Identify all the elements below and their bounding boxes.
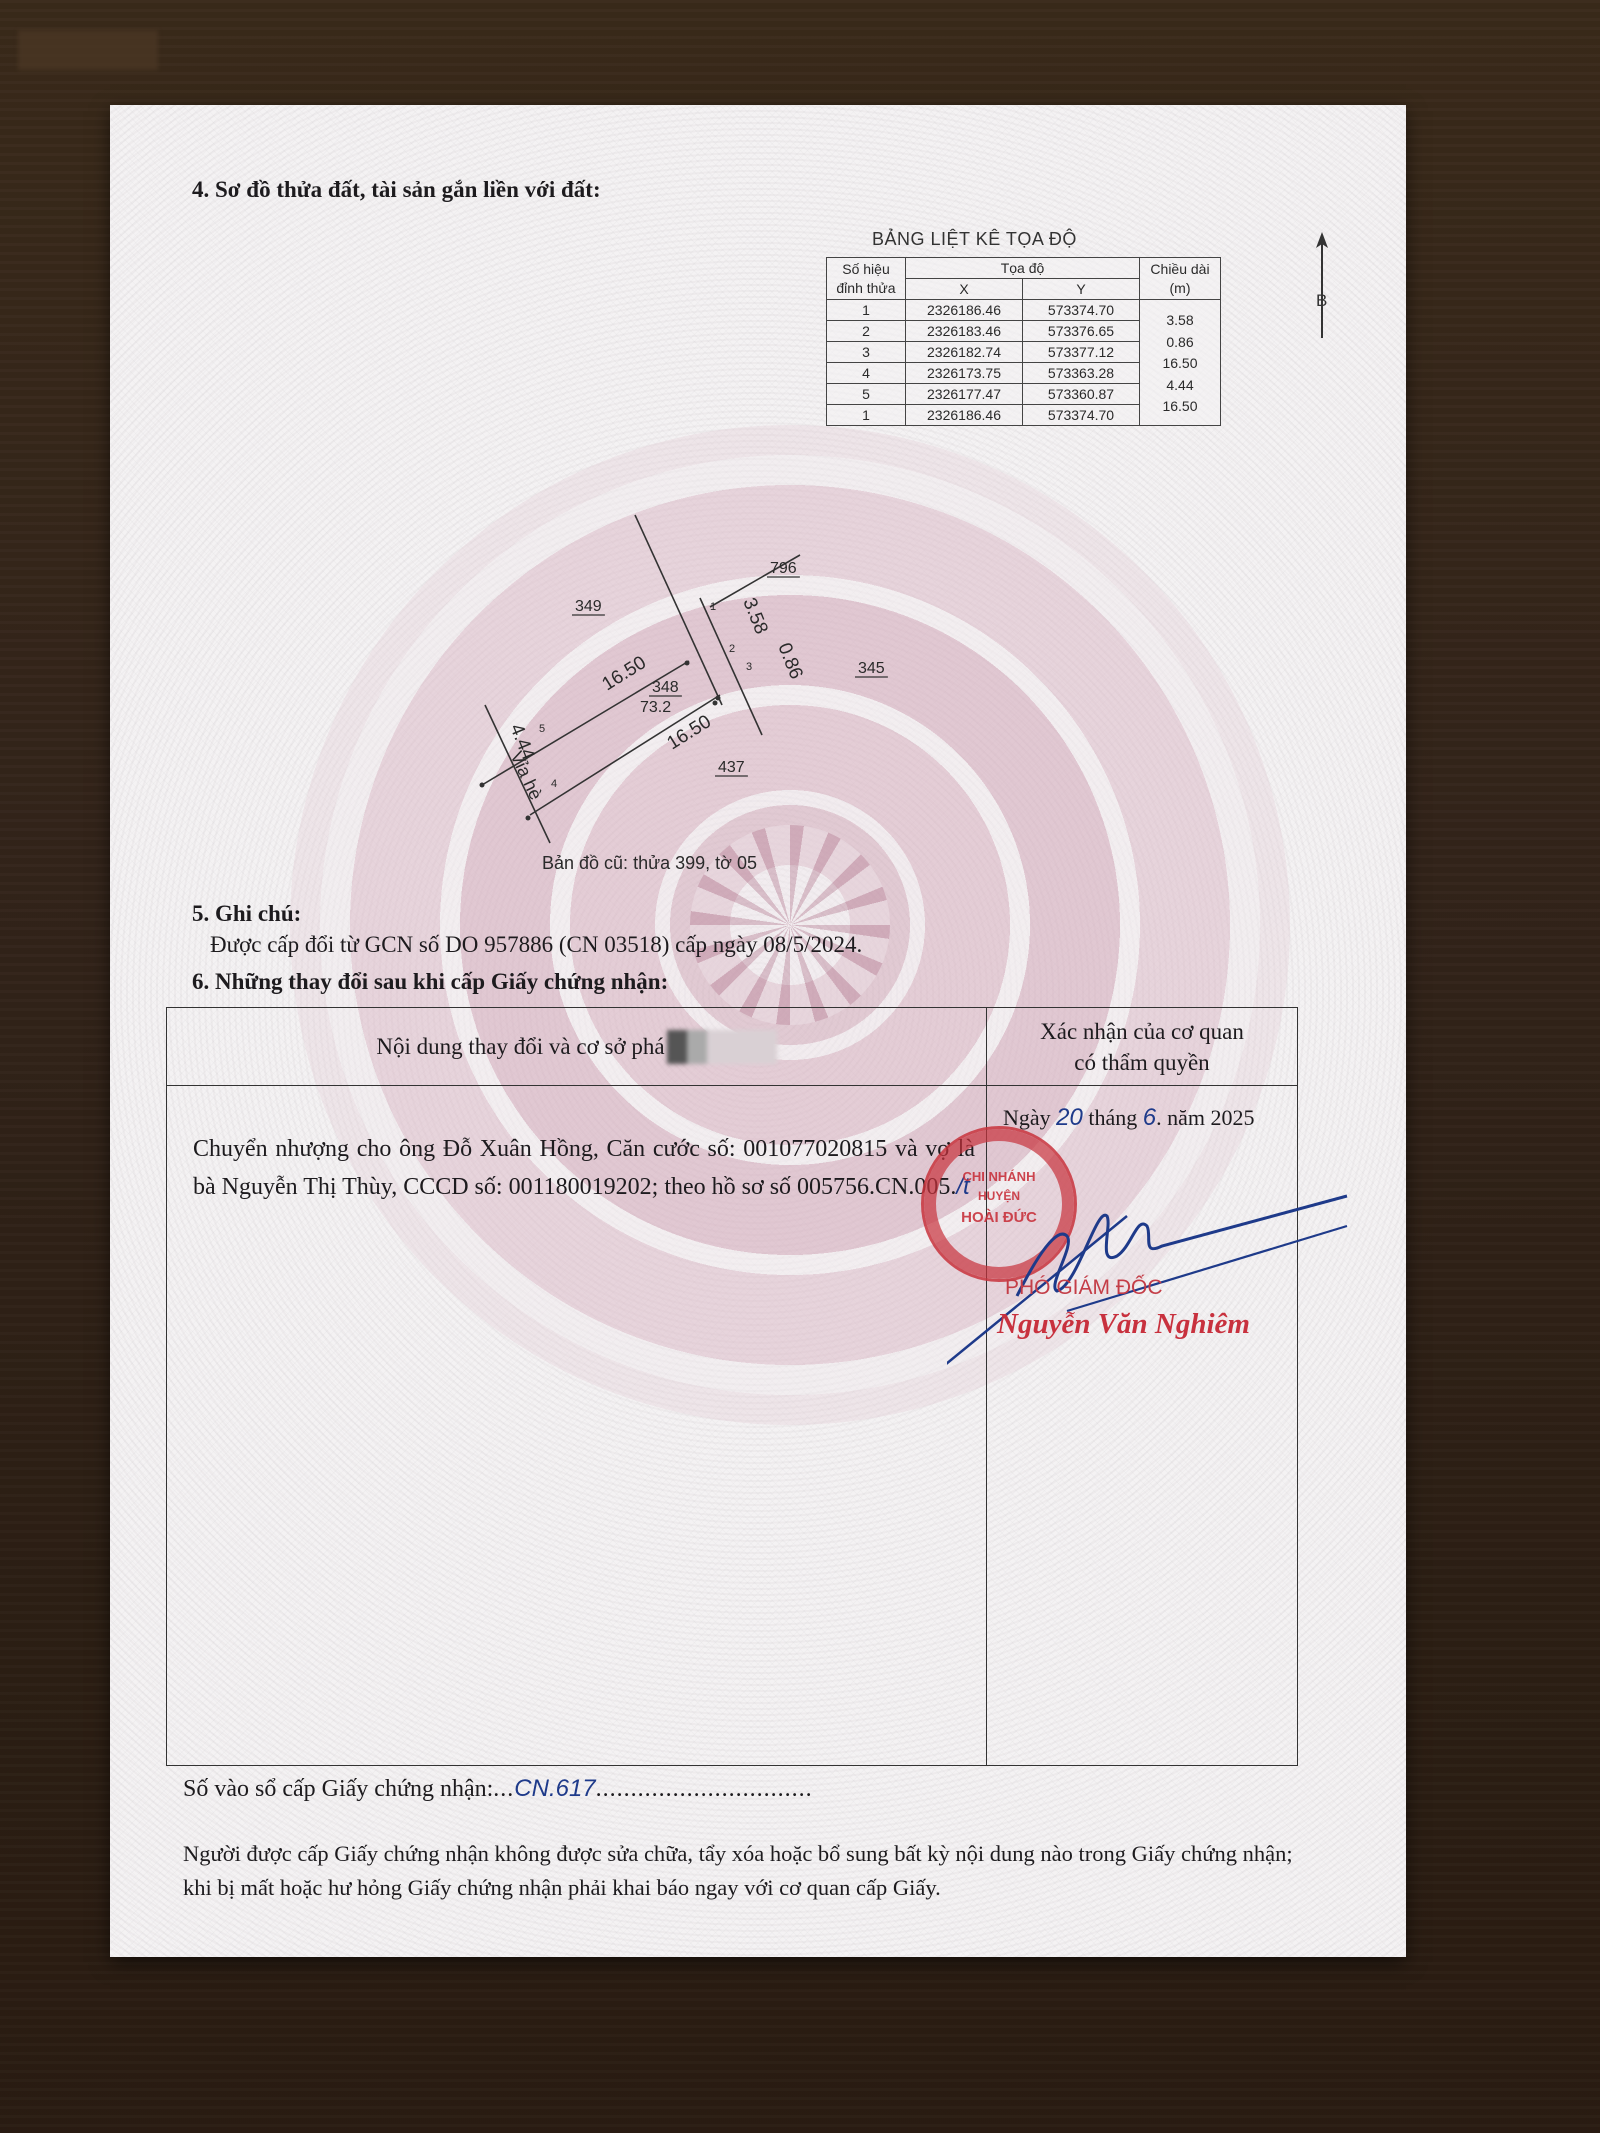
- certificate-notice: Người được cấp Giấy chứng nhận không đượ…: [183, 1837, 1313, 1905]
- svg-text:0.86: 0.86: [773, 640, 806, 682]
- svg-text:73.2: 73.2: [640, 699, 671, 716]
- svg-text:796: 796: [770, 560, 797, 577]
- redacted-text: [667, 1030, 777, 1064]
- svg-text:437: 437: [718, 759, 745, 776]
- svg-text:3.58: 3.58: [738, 595, 771, 637]
- svg-text:2: 2: [729, 643, 735, 655]
- changes-col-confirm-header: Xác nhận của cơ quan có thẩm quyền: [987, 1008, 1297, 1086]
- svg-text:3: 3: [746, 661, 752, 673]
- signer-name: Nguyễn Văn Nghiêm: [997, 1308, 1250, 1341]
- registry-number: CN.617: [514, 1775, 595, 1802]
- svg-text:349: 349: [575, 598, 602, 615]
- change-entry-confirmation: CHI NHÁNH HUYỆN HOÀI ĐỨC Ngày 20 tháng 6…: [987, 1086, 1297, 1765]
- svg-text:Bản đồ cũ: thửa 399, tờ 05: Bản đồ cũ: thửa 399, tờ 05: [542, 853, 757, 873]
- land-certificate-page: 4. Sơ đồ thửa đất, tài sản gắn liền với …: [110, 105, 1406, 1957]
- section-6-heading: 6. Những thay đổi sau khi cấp Giấy chứng…: [192, 969, 668, 995]
- blurred-watermark: [18, 30, 158, 70]
- svg-text:348: 348: [652, 679, 679, 696]
- changes-table: Nội dung thay đổi và cơ sở phá Xác nhận …: [166, 1007, 1298, 1766]
- registry-number-line: Số vào sổ cấp Giấy chứng nhận:...CN.617.…: [183, 1775, 813, 1803]
- section-5-heading: 5. Ghi chú:: [192, 901, 301, 927]
- svg-text:1: 1: [710, 601, 716, 613]
- changes-col-content-header: Nội dung thay đổi và cơ sở phá: [167, 1008, 987, 1086]
- svg-text:Vỉa hè: Vỉa hè: [506, 748, 546, 803]
- confirmation-date: Ngày 20 tháng 6. năm 2025: [1003, 1104, 1255, 1132]
- svg-text:5: 5: [539, 723, 545, 735]
- signer-role: PHÓ GIÁM ĐỐC: [1005, 1276, 1163, 1300]
- svg-text:16.50: 16.50: [664, 711, 715, 754]
- svg-text:4: 4: [551, 778, 557, 790]
- change-entry-text: Chuyển nhượng cho ông Đỗ Xuân Hồng, Căn …: [193, 1131, 975, 1206]
- change-entry-content: Chuyển nhượng cho ông Đỗ Xuân Hồng, Căn …: [167, 1086, 987, 1765]
- section-5-note: Được cấp đổi từ GCN số DO 957886 (CN 035…: [210, 932, 862, 958]
- plot-diagram: 79634934543734873.2123453.580.8616.5016.…: [110, 105, 1406, 1005]
- svg-text:345: 345: [858, 660, 885, 677]
